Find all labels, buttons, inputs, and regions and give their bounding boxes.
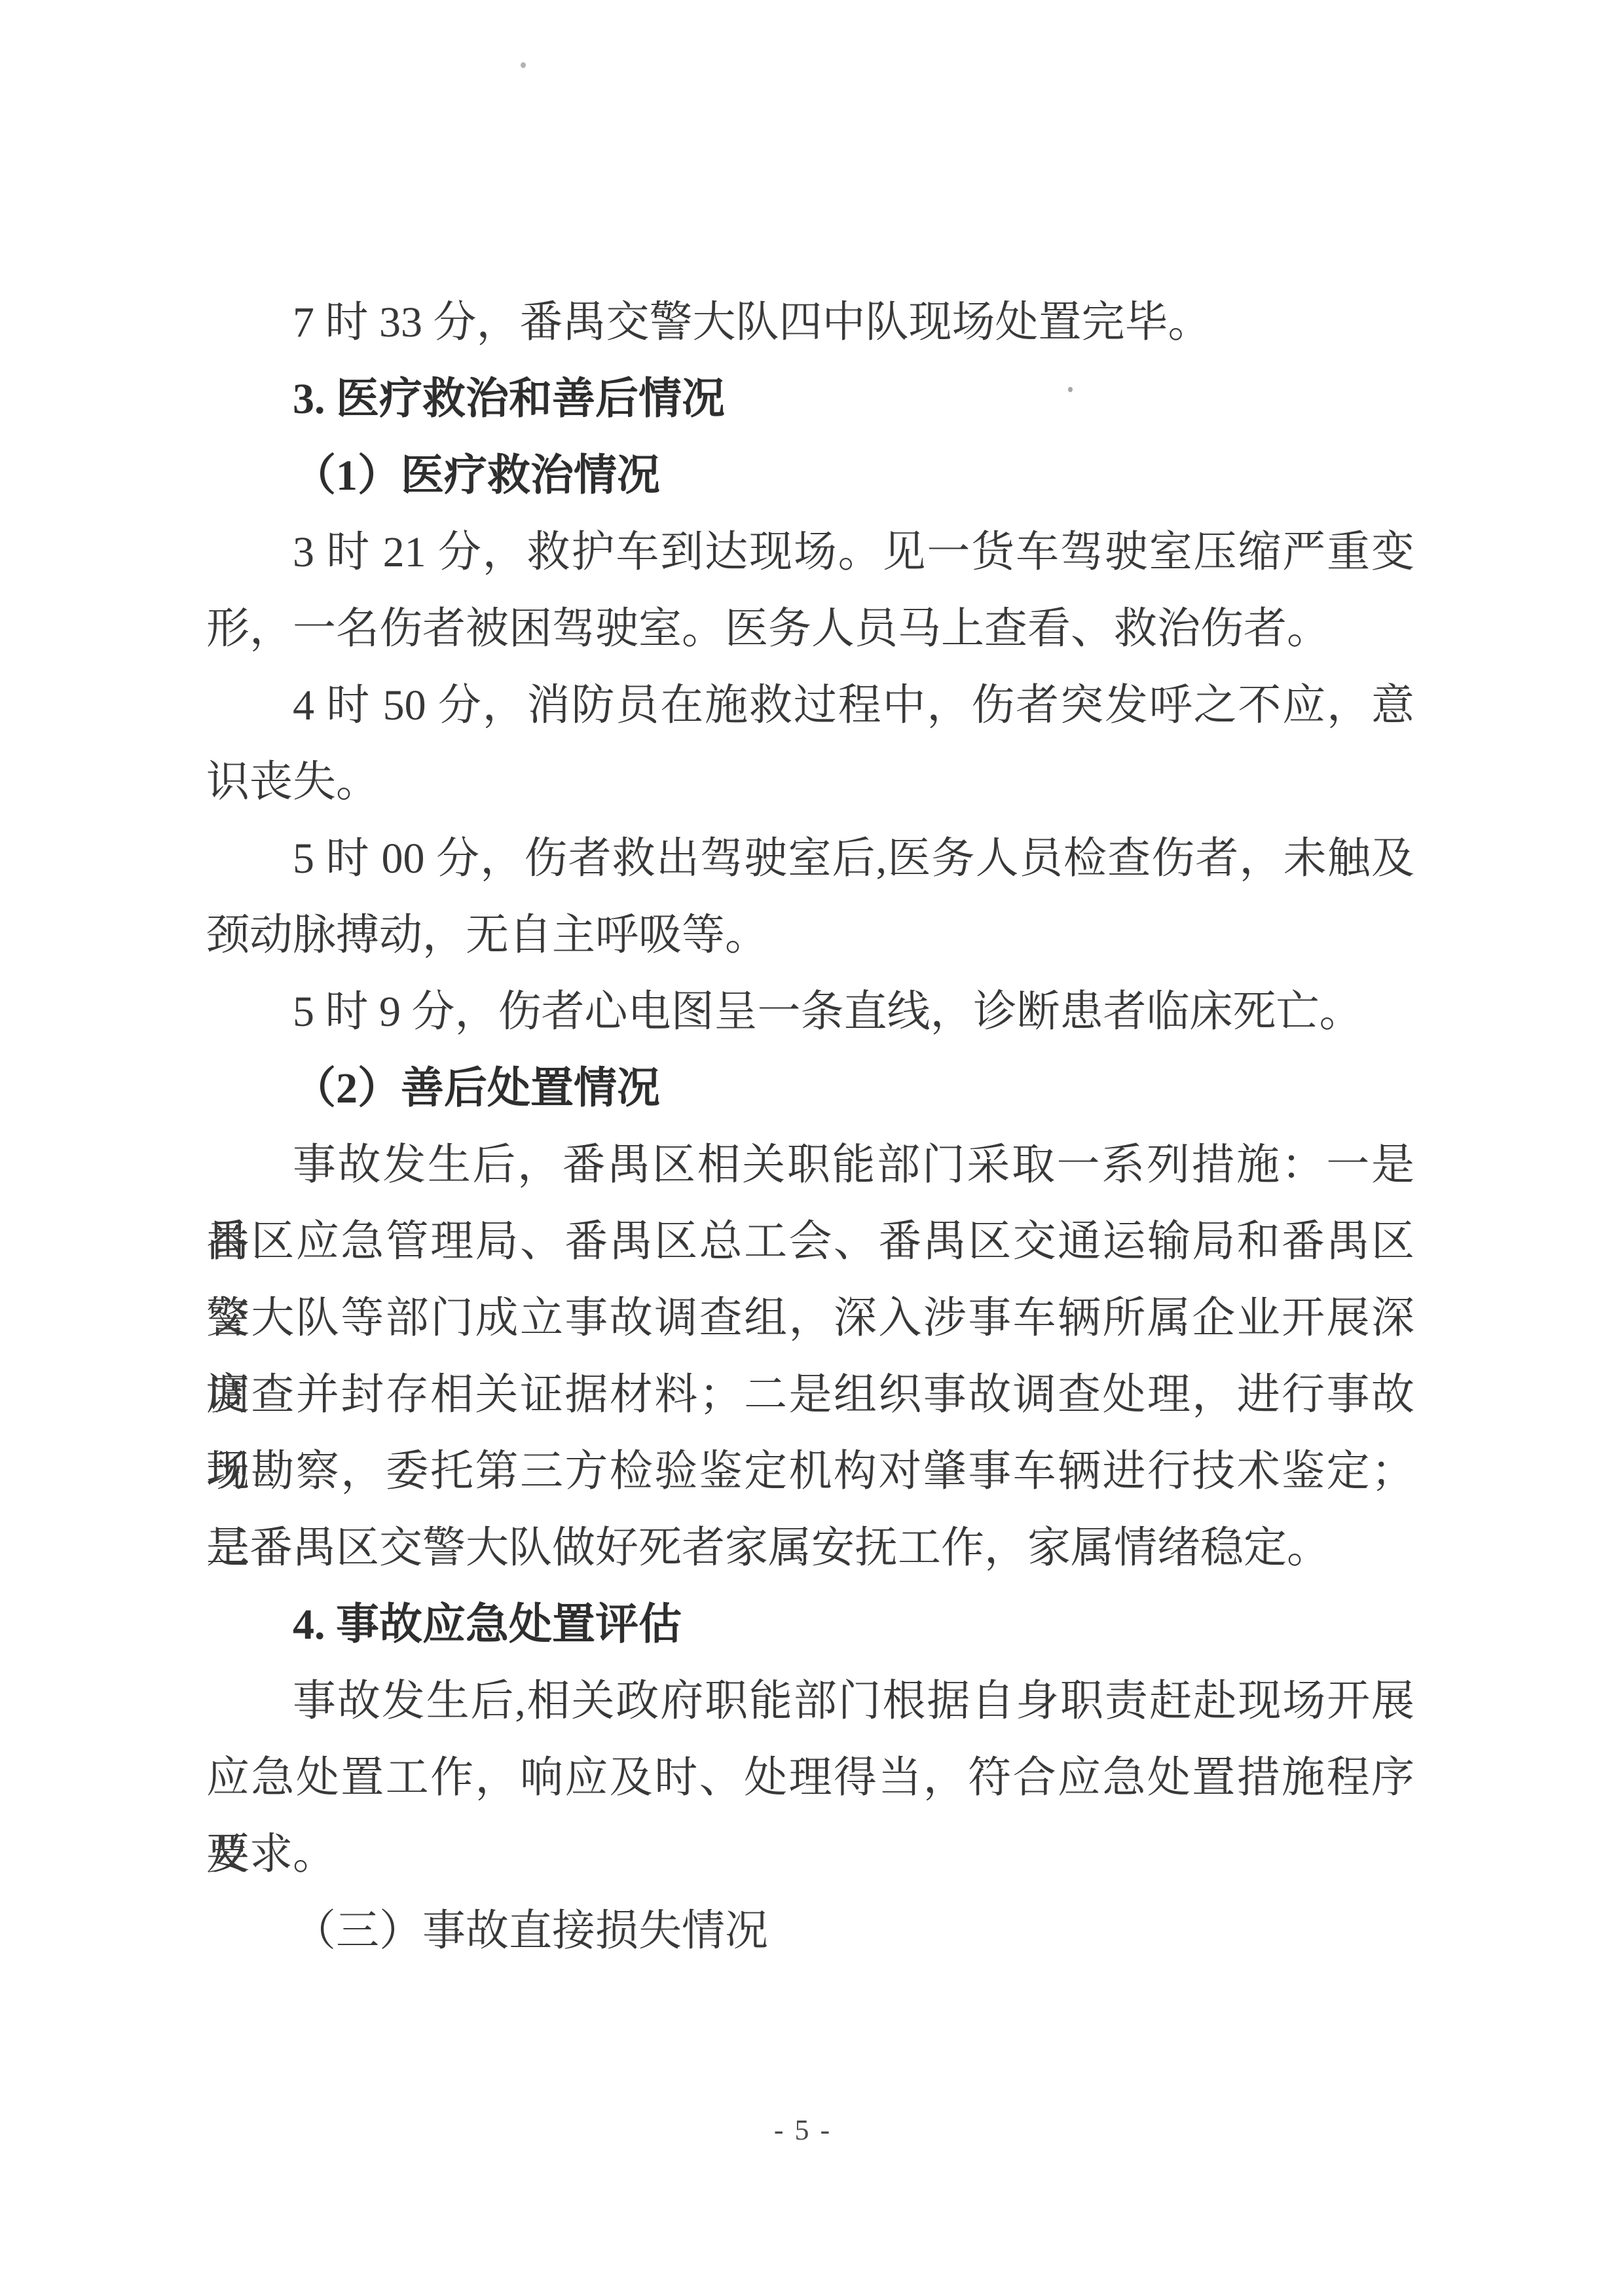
heading-medical-treatment: （1）医疗救治情况	[206, 437, 1414, 514]
paragraph-line: 识丧失。	[206, 744, 1414, 820]
paragraph-line: 警大队等部门成立事故调查组，深入涉事车辆所属企业开展深度	[206, 1280, 1414, 1357]
paragraph-line: 应急处置工作，响应及时、处理得当，符合应急处置措施程序及	[206, 1740, 1414, 1816]
paragraph-line: 形，一名伤者被困驾驶室。医务人员马上查看、救治伤者。	[206, 591, 1414, 667]
paragraph-line: 禺区应急管理局、番禺区总工会、番禺区交通运输局和番禺区交	[206, 1203, 1414, 1280]
paragraph-line: 3 时 21 分，救护车到达现场。见一货车驾驶室压缩严重变	[206, 514, 1414, 591]
paragraph-line: 5 时 00 分，伤者救出驾驶室后,医务人员检查伤者，未触及	[206, 820, 1414, 897]
document-body: 7 时 33 分，番禺交警大队四中队现场处置完毕。 3. 医疗救治和善后情况 （…	[206, 284, 1414, 1969]
heading-direct-loss: （三）事故直接损失情况	[206, 1893, 1414, 1969]
paragraph-line: 颈动脉搏动，无自主呼吸等。	[206, 897, 1414, 974]
paragraph-line: 事故发生后,相关政府职能部门根据自身职责赶赴现场开展	[206, 1663, 1414, 1740]
heading-aftermath-handling: （2）善后处置情况	[206, 1050, 1414, 1127]
paragraph-line: 7 时 33 分，番禺交警大队四中队现场处置完毕。	[206, 284, 1414, 361]
heading-medical-and-aftermath: 3. 医疗救治和善后情况	[206, 361, 1414, 437]
paragraph-line: 是番禺区交警大队做好死者家属安抚工作，家属情绪稳定。	[206, 1510, 1414, 1586]
page-number: - 5 -	[0, 2113, 1615, 2147]
paragraph-line: 场勘察，委托第三方检验鉴定机构对肇事车辆进行技术鉴定；三	[206, 1433, 1414, 1510]
paragraph-line: 5 时 9 分，伤者心电图呈一条直线，诊断患者临床死亡。	[206, 974, 1414, 1050]
paragraph-line: 调查并封存相关证据材料；二是组织事故调查处理，进行事故现	[206, 1357, 1414, 1433]
paragraph-line: 事故发生后，番禺区相关职能部门采取一系列措施：一是番	[206, 1127, 1414, 1203]
heading-emergency-response-evaluation: 4. 事故应急处置评估	[206, 1586, 1414, 1663]
scan-artifact-dot	[521, 62, 526, 68]
document-page: 7 时 33 分，番禺交警大队四中队现场处置完毕。 3. 医疗救治和善后情况 （…	[0, 0, 1624, 2296]
paragraph-line: 要求。	[206, 1816, 1414, 1893]
paragraph-line: 4 时 50 分，消防员在施救过程中，伤者突发呼之不应，意	[206, 667, 1414, 744]
